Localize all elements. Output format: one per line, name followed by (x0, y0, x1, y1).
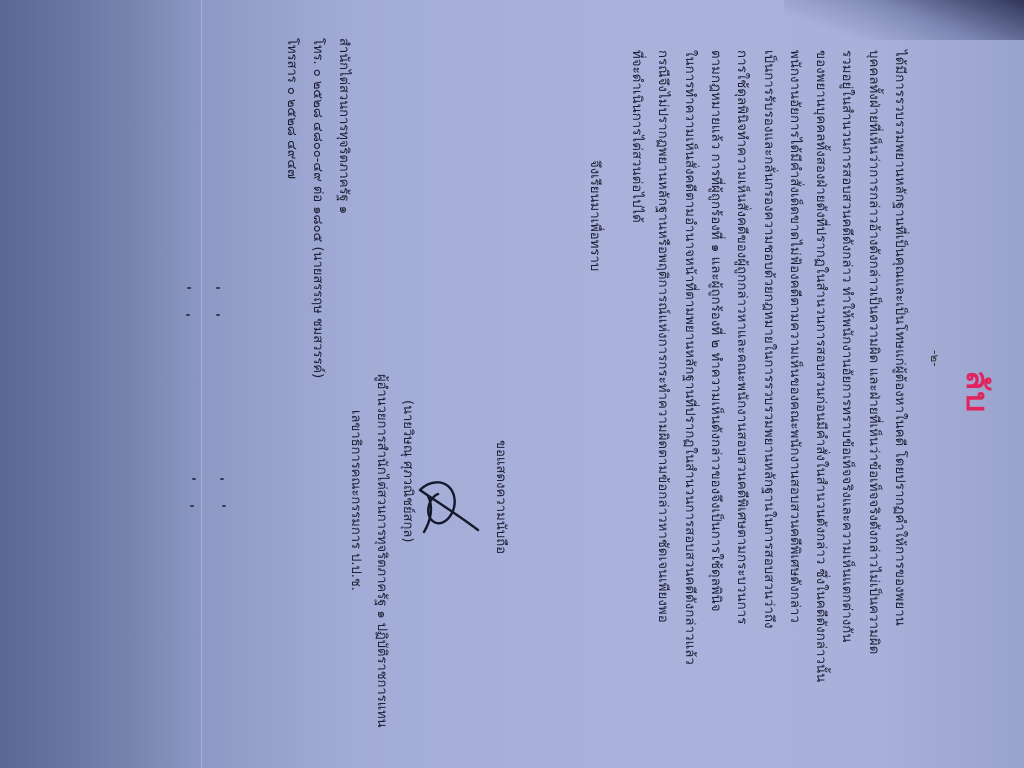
page-number: -๒- (925, 350, 944, 367)
body-paragraph: ได้มีการรวบรวมพยานหลักฐานที่เป็นคุณและเป… (623, 40, 912, 730)
body-line: ของพยานบุคคลทั้งสองฝ่ายดังที่ปรากฏในสำนว… (807, 40, 833, 730)
document-page: ลับ -๒- ได้มีการรวบรวมพยานหลักฐานที่เป็น… (0, 0, 1024, 768)
body-line: รวมอยู่ในสำนวนการสอบสวนคดีดังกล่าว ทำให้… (833, 40, 859, 730)
contact-fax: โทรสาร ๐ ๒๕๒๘ ๔๙๔๗ (278, 38, 304, 378)
body-line: เป็นการรับรองและกลั่นกรองความชอบด้วยกฎหม… (754, 40, 780, 730)
body-line: ได้มีการรวบรวมพยานหลักฐานที่เป็นคุณและเป… (886, 40, 912, 730)
salutation: จึงเรียนมาเพื่อทราบ (585, 160, 606, 271)
body-line: การใช้ดุลพินิจทำความเห็นสั่งคดีของผู้ถูก… (728, 40, 754, 730)
signer-position: ผู้อำนวยการสำนักไต่สวนการทุจริตภาครัฐ ๑ … (368, 374, 394, 728)
contact-block: สำนักไต่สวนการทุจริตภาครัฐ ๑ โทร. ๐ ๒๕๒๘… (278, 38, 356, 378)
closing-phrase: ขอแสดงความนับถือ (491, 440, 512, 554)
body-line: ตามกฎหมายแล้ว การที่ผู้ถูกร้องที่ ๑ และผ… (702, 40, 728, 730)
body-line: กรณีจึงไม่ปรากฏพยานหลักฐานหรือพฤติการณ์แ… (649, 40, 675, 730)
signer-name: (นายวิษณุ ศุภวณิชย์สกุล) (394, 400, 420, 542)
contact-phone: โทร. ๐ ๒๕๒๘ ๔๘๐๐-๔๙ ต่อ ๑๘๐๕ (นายสรรฤษ ช… (304, 38, 330, 378)
body-line: ที่จะดำเนินการไต่สวนต่อไปได้ (623, 40, 649, 730)
contact-office: สำนักไต่สวนการทุจริตภาครัฐ ๑ (330, 38, 356, 378)
classification-stamp: ลับ (953, 370, 1000, 413)
body-line: ในการทำความเห็นสั่งคดีตามอำนาจหน้าที่ตาม… (675, 40, 701, 730)
body-line: บุคคลทั้งฝ่ายที่เห็นว่าการกล่าวอ้างดังกล… (859, 40, 885, 730)
signer-organization: เลขาธิการคณะกรรมการ ป.ป.ช. (342, 410, 368, 591)
signature-icon (414, 472, 484, 542)
body-line: พนักงานอัยการได้มีคำสั่งเด็ดขาดไม่ฟ้องคด… (781, 40, 807, 730)
